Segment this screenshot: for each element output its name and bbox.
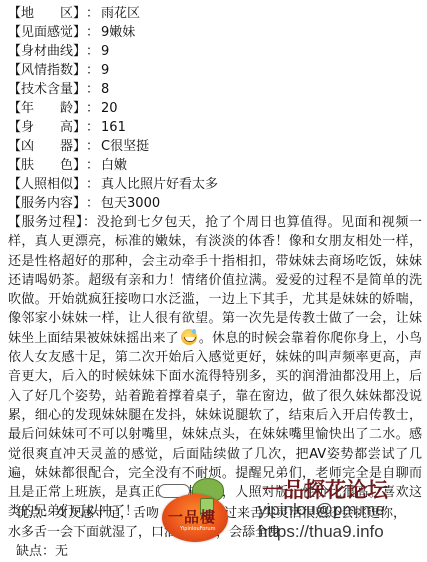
- field-separator: ：: [86, 80, 99, 99]
- field-separator: ：: [86, 137, 99, 156]
- field-label: 【凶 器】: [8, 137, 86, 156]
- field-value: 9嫩妹: [101, 25, 135, 40]
- field-value: C很坚挺: [101, 139, 149, 154]
- field-separator: ：: [86, 175, 99, 194]
- report-content: 【地 区】：雨花区 【见面感觉】：9嫩妹 【身材曲线】：9 【风情指数】：9 【…: [8, 4, 422, 522]
- field-label: 【人照相似】: [8, 175, 86, 194]
- process-label: 【服务过程】：: [8, 215, 97, 230]
- field-separator: ：: [86, 194, 99, 213]
- field-value: 8: [101, 82, 109, 97]
- logo-text: 一品樓: [168, 506, 216, 527]
- field-separator: ：: [86, 118, 99, 137]
- info-fields: 【地 区】：雨花区 【见面感觉】：9嫩妹 【身材曲线】：9 【风情指数】：9 【…: [8, 4, 422, 213]
- field-photo-match: 【人照相似】：真人比照片好看太多: [8, 175, 422, 194]
- cons-line: 缺点：无: [8, 542, 422, 561]
- field-separator: ：: [86, 156, 99, 175]
- field-label: 【地 区】: [8, 4, 86, 23]
- field-label: 【服务内容】: [8, 194, 86, 213]
- field-label: 【见面感觉】: [8, 23, 86, 42]
- field-figure: 【身材曲线】：9: [8, 42, 422, 61]
- field-label: 【身 高】: [8, 118, 86, 137]
- field-age: 【年 龄】：20: [8, 99, 422, 118]
- field-label: 【年 龄】: [8, 99, 86, 118]
- field-value: 9: [101, 44, 109, 59]
- field-separator: ：: [86, 42, 99, 61]
- field-value: 161: [101, 120, 126, 135]
- field-height: 【身 高】：161: [8, 118, 422, 137]
- process-text: 没抢到七夕包天，抢了个周日也算值得。见面和视频一样，真人更漂亮，标准的嫩妹，有淡…: [8, 215, 422, 346]
- field-separator: ：: [86, 99, 99, 118]
- field-region: 【地 区】：雨花区: [8, 4, 422, 23]
- field-value: 雨花区: [101, 6, 140, 21]
- watermark-url: https://thua9.info: [258, 522, 384, 542]
- field-value: 白嫩: [101, 158, 127, 173]
- logo-subtext: YipinlouForum: [180, 526, 215, 532]
- field-label: 【身材曲线】: [8, 42, 86, 61]
- field-label: 【肤 色】: [8, 156, 86, 175]
- field-first-impression: 【见面感觉】：9嫩妹: [8, 23, 422, 42]
- field-value: 20: [101, 101, 118, 116]
- watermark-logo: 一品樓 YipinlouForum: [158, 478, 232, 544]
- field-skill: 【技术含量】：8: [8, 80, 422, 99]
- field-skin: 【肤 色】：白嫩: [8, 156, 422, 175]
- field-separator: ：: [86, 23, 99, 42]
- watermark-email: yipinlou@pm.me: [258, 500, 385, 520]
- field-separator: ：: [86, 4, 99, 23]
- field-service: 【服务内容】：包天3000: [8, 194, 422, 213]
- field-value: 包天3000: [101, 196, 160, 211]
- field-label: 【风情指数】: [8, 61, 86, 80]
- field-label: 【技术含量】: [8, 80, 86, 99]
- field-size: 【凶 器】：C很坚挺: [8, 137, 422, 156]
- sweat-smile-emoji-icon: [181, 329, 197, 345]
- field-charm: 【风情指数】：9: [8, 61, 422, 80]
- field-separator: ：: [86, 61, 99, 80]
- field-value: 真人比照片好看太多: [101, 177, 218, 192]
- field-value: 9: [101, 63, 109, 78]
